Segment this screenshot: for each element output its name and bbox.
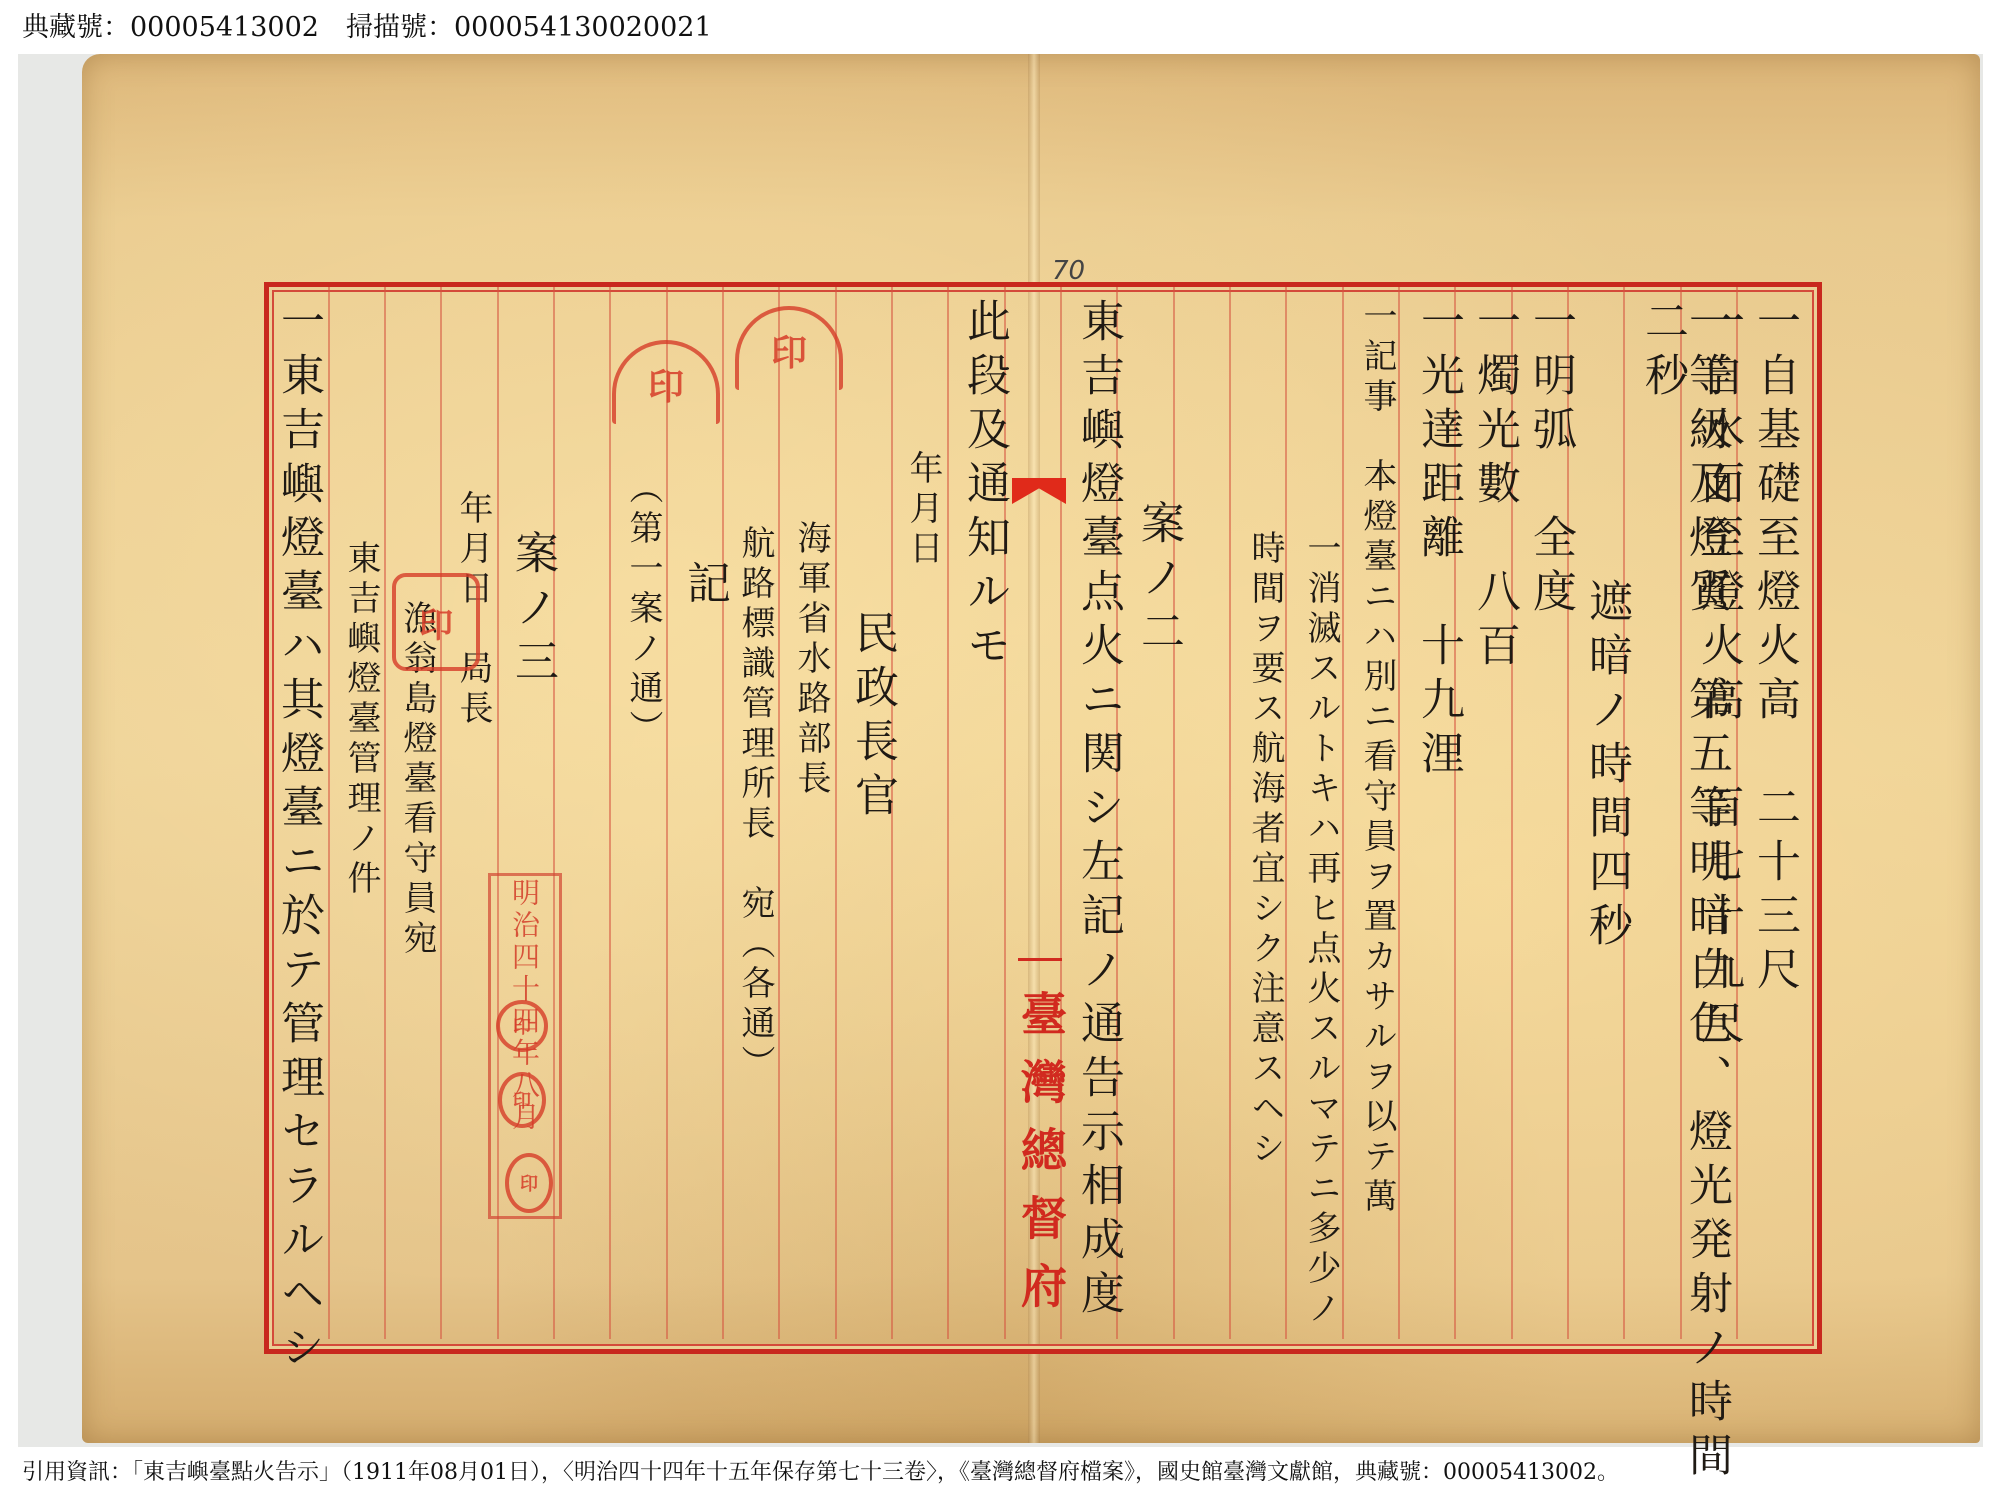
- text-column: 一燭光數 八百: [1472, 298, 1516, 676]
- text-column: 記: [682, 560, 726, 614]
- text-column: 一等級及燈質 第五等明暗白色、燈光発射ノ時間二秒: [1640, 298, 1728, 1500]
- ruling-line: [440, 287, 442, 1339]
- ruling-line: [1342, 287, 1344, 1339]
- text-column: 案ノ三: [510, 530, 554, 692]
- ruling-line: [778, 287, 780, 1339]
- text-column: 東吉嶼燈臺点火ニ関シ左記ノ通告示相成度: [1076, 298, 1120, 1324]
- text-column: 一光達距離 十九浬: [1416, 298, 1460, 784]
- ruling-line: [1229, 287, 1231, 1339]
- text-column: 此段及通知ルモ: [962, 298, 1006, 676]
- ruling-line: [666, 287, 668, 1339]
- round-seal: 印: [498, 1072, 546, 1128]
- ruling-line: [1173, 287, 1175, 1339]
- ruling-line: [722, 287, 724, 1339]
- ruling-line: [609, 287, 611, 1339]
- text-column: 航路標識管理所長 宛（各通）: [738, 525, 772, 1085]
- text-column: 案ノ二: [1136, 500, 1180, 662]
- archive-header: 典藏號：00005413002 掃描號：000054130020021: [22, 8, 712, 48]
- text-column: 一自基礎至燈火高 二十三尺: [1752, 298, 1796, 1000]
- text-column: 一消滅スルトキハ再ヒ点火スルマテニ多少ノ: [1304, 530, 1338, 1330]
- text-column: 年月日: [906, 450, 940, 570]
- ruling-line: [947, 287, 949, 1339]
- round-seal: 印: [496, 1000, 548, 1052]
- stamp-rule: [1018, 958, 1062, 961]
- round-seal: 印: [505, 1153, 553, 1213]
- text-column: 一記事 本燈臺ニハ別ニ看守員ヲ置カサルヲ以テ萬: [1360, 298, 1394, 1218]
- text-column: 一東吉嶼燈臺ハ其燈臺ニ於テ管理セラルヘシ: [276, 298, 320, 1378]
- text-column: （第一案ノ通）: [626, 470, 660, 750]
- ruling-line: [328, 287, 330, 1339]
- text-column: 遮暗ノ時間四秒: [1584, 578, 1628, 956]
- text-column: 時間ヲ要ス航海者宜シク注意スヘシ: [1248, 530, 1282, 1170]
- ruling-line: [835, 287, 837, 1339]
- text-column: 東吉嶼燈臺管理ノ件: [344, 540, 378, 900]
- text-column: 民政長官: [850, 610, 894, 826]
- ruling-line: [1398, 287, 1400, 1339]
- government-general-stamp: 臺灣總督府: [1018, 990, 1064, 1330]
- ruling-line: [384, 287, 386, 1339]
- square-seal: 印: [392, 573, 480, 671]
- ruling-line: [1285, 287, 1287, 1339]
- citation-footer: 引用資訊：「東吉嶼臺點火告示」（1911年08月01日），〈明治四十四年十五年保…: [22, 1455, 1619, 1491]
- text-column: 一明弧 全度: [1528, 298, 1572, 622]
- text-column: 海軍省水路部長: [794, 520, 828, 800]
